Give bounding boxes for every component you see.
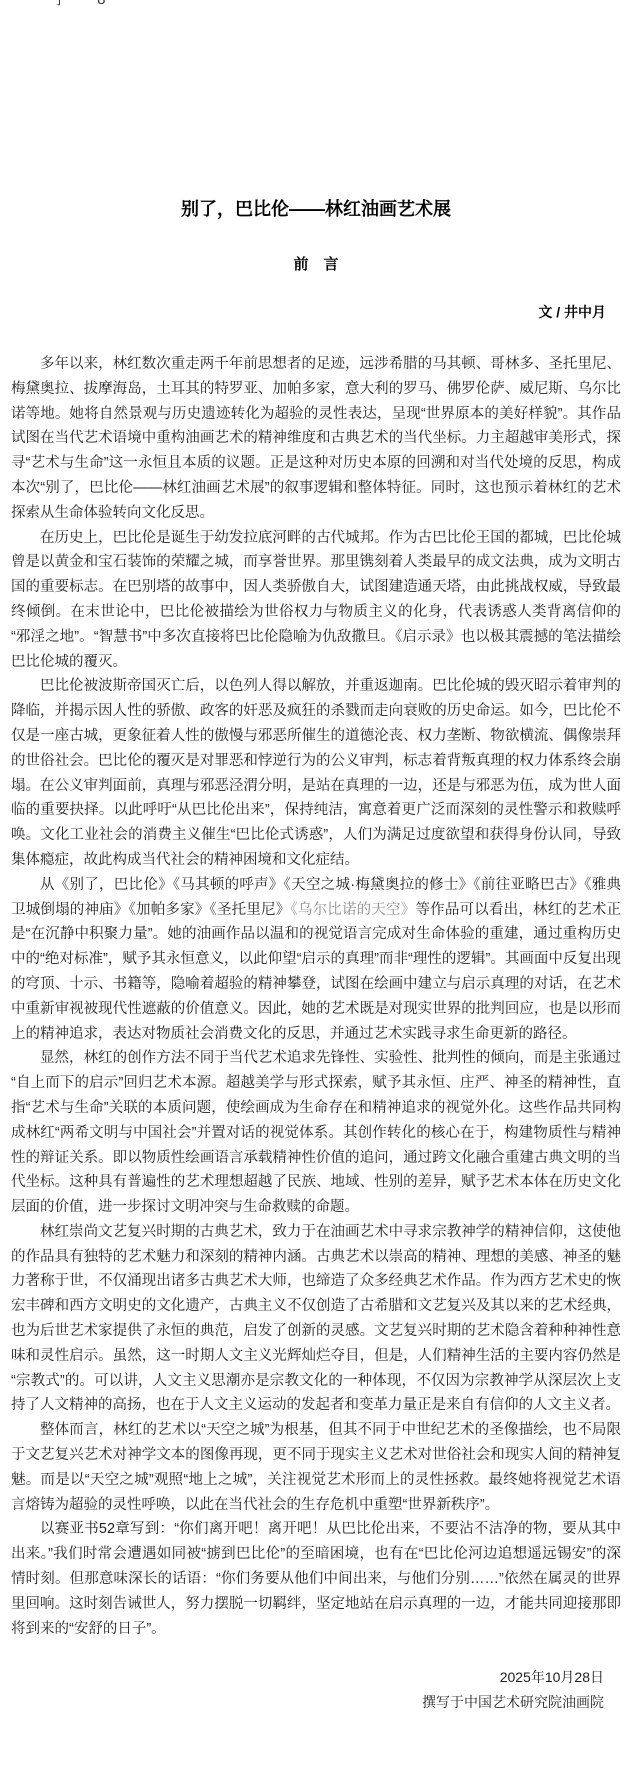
- clipped-header-text: 了 8: [52, 0, 119, 7]
- paragraph-text: 在历史上，巴比伦是诞生于幼发拉底河畔的古代城邦。作为古巴比伦王国的都城，巴比伦城…: [11, 530, 621, 670]
- body-paragraph: 多年以来，林红数次重走两千年前思想者的足迹，远涉希腊的马其顿、哥林多、圣托里尼、…: [11, 352, 621, 526]
- document-page: 了 8 别了，巴比伦——林红油画艺术展 前 言 文 / 井中月 多年以来，林红数…: [0, 0, 632, 1776]
- article-body: 多年以来，林红数次重走两千年前思想者的足迹，远涉希腊的马其顿、哥林多、圣托里尼、…: [0, 352, 632, 1641]
- body-paragraph: 显然，林红的创作方法不同于当代艺术追求先锋性、实验性、批判性的倾向，而是主张通过…: [11, 1046, 621, 1220]
- section-heading-preface: 前 言: [0, 255, 632, 275]
- paragraph-text: 以赛亚书52章写到：“你们离开吧！离开吧！从巴比伦出来，不要沾不洁净的物，要从其…: [11, 1521, 621, 1636]
- body-paragraph: 巴比伦被波斯帝国灭亡后，以色列人得以解放，并重返迦南。巴比伦城的毁灭昭示着审判的…: [11, 674, 621, 872]
- body-paragraph: 以赛亚书52章写到：“你们离开吧！离开吧！从巴比伦出来，不要沾不洁净的物，要从其…: [11, 1517, 621, 1641]
- body-paragraph: 整体而言，林红的艺术以“天空之城”为根基，但其不同于中世纪艺术的圣像描绘，也不局…: [11, 1418, 621, 1517]
- body-paragraph: 从《别了，巴比伦》《马其顿的呼声》《天空之城·梅黛奥拉的修士》《前往亚略巴古》《…: [11, 873, 621, 1047]
- paragraph-text: 多年以来，林红数次重走两千年前思想者的足迹，远涉希腊的马其顿、哥林多、圣托里尼、…: [11, 356, 621, 521]
- paragraph-text: 巴比伦被波斯帝国灭亡后，以色列人得以解放，并重返迦南。巴比伦城的毁灭昭示着审判的…: [11, 678, 621, 868]
- clipped-header-fragment: 了 8: [52, 0, 119, 7]
- footer-signature: 撰写于中国艺术研究院油画院: [0, 1690, 604, 1715]
- paragraph-text: 显然，林红的创作方法不同于当代艺术追求先锋性、实验性、批判性的倾向，而是主张通过…: [11, 1050, 621, 1215]
- document-footer: 2025年10月28日 撰写于中国艺术研究院油画院: [0, 1665, 632, 1715]
- artwork-title-muted: 《乌尔比诺的天空》: [290, 902, 415, 918]
- paragraph-text: 林红崇尚文艺复兴时期的古典艺术，致力于在油画艺术中寻求宗教神学的精神信仰，这使他…: [11, 1224, 621, 1414]
- body-paragraph: 在历史上，巴比伦是诞生于幼发拉底河畔的古代城邦。作为古巴比伦王国的都城，巴比伦城…: [11, 526, 621, 675]
- byline-author: 文 / 井中月: [0, 302, 632, 322]
- paragraph-text: 整体而言，林红的艺术以“天空之城”为根基，但其不同于中世纪艺术的圣像描绘，也不局…: [11, 1422, 621, 1512]
- paragraph-text: 等作品可以看出，林红的艺术正是“在沉静中积聚力量”。她的油画作品以温和的视觉语言…: [11, 902, 621, 1042]
- footer-date: 2025年10月28日: [0, 1665, 604, 1690]
- body-paragraph: 林红崇尚文艺复兴时期的古典艺术，致力于在油画艺术中寻求宗教神学的精神信仰，这使他…: [11, 1220, 621, 1418]
- page-title: 别了，巴比伦——林红油画艺术展: [0, 0, 632, 222]
